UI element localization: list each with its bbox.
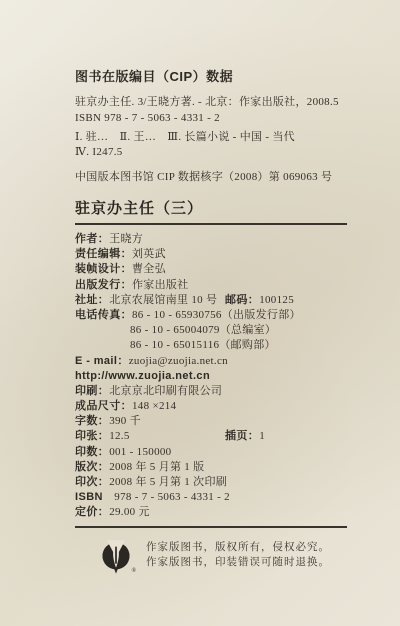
colophon-row-price: 定价：29.00 元 — [75, 505, 347, 520]
colophon-row-phone-2: 86 - 10 - 65004079（总编室） — [75, 323, 347, 338]
colophon-row-phone-3: 86 - 10 - 65015116（邮购部） — [75, 338, 347, 353]
colophon-table: 作者：王晓方 责任编辑：刘英武 装帧设计：曹全弘 出版发行：作家出版社 社址：北… — [75, 232, 347, 521]
field-label: 责任编辑： — [75, 248, 132, 260]
publisher-logo-icon: ® — [99, 538, 133, 578]
field-value: 86 - 10 - 65004079（总编室） — [130, 324, 276, 336]
colophon-row-publisher: 出版发行：作家出版社 — [75, 278, 347, 293]
scanned-copyright-page: 图书在版编目（CIP）数据 驻京办主任. 3/王晓方著. - 北京：作家出版社，… — [0, 0, 400, 626]
colophon-row-editor: 责任编辑：刘英武 — [75, 247, 347, 262]
field-value: 2008 年 5 月第 1 版 — [109, 461, 204, 473]
colophon-row-size: 成品尺寸：148 ×214 — [75, 399, 347, 414]
field-value: 29.00 元 — [109, 506, 150, 518]
postcode-column: 邮码：100125 — [225, 293, 294, 308]
field-value: zuojia@zuojia.net.cn — [129, 355, 228, 367]
colophon-row-edition: 版次：2008 年 5 月第 1 版 — [75, 460, 347, 475]
cip-description-line: 驻京办主任. 3/王晓方著. - 北京：作家出版社，2008.5 — [75, 94, 347, 110]
copyright-note-line: 作家版图书，印装错误可随时退换。 — [146, 555, 330, 570]
field-label: 字数： — [75, 415, 109, 427]
colophon-row-website: http://www.zuojia.net.cn — [75, 369, 347, 384]
field-label: 成品尺寸： — [75, 400, 132, 412]
inserts-column: 插页：1 — [225, 429, 265, 444]
field-label: 插页： — [225, 430, 259, 442]
field-label: 邮码： — [225, 294, 259, 306]
registered-trademark: ® — [131, 568, 136, 574]
colophon-row-email: E - mail：zuojia@zuojia.net.cn — [75, 354, 347, 369]
field-label: 印次： — [75, 476, 109, 488]
colophon-row-printer: 印刷：北京京北印刷有限公司 — [75, 384, 347, 399]
divider — [75, 526, 347, 528]
cip-catalog-line: Ⅰ. 驻… Ⅱ. 王… Ⅲ. 长篇小说 - 中国 - 当代 — [75, 130, 347, 145]
cip-catalog-line: Ⅳ. I247.5 — [75, 145, 347, 160]
field-value: 001 - 150000 — [109, 446, 171, 458]
field-value: 北京农展馆南里 10 号 — [109, 294, 217, 306]
field-value: 王晓方 — [109, 233, 143, 245]
cip-data-header: 图书在版编目（CIP）数据 — [75, 66, 347, 85]
colophon-row-isbn: ISBN 978 - 7 - 5063 - 4331 - 2 — [75, 490, 347, 505]
field-value: 刘英武 — [132, 248, 166, 260]
field-value: 148 ×214 — [132, 400, 176, 412]
field-value: 100125 — [259, 294, 294, 306]
colophon-row-impression: 印次：2008 年 5 月第 1 次印刷 — [75, 475, 347, 490]
field-label: http://www.zuojia.net.cn — [75, 370, 210, 382]
cip-catalog: Ⅰ. 驻… Ⅱ. 王… Ⅲ. 长篇小说 - 中国 - 当代 Ⅳ. I247.5 — [75, 130, 347, 160]
field-label: 印数： — [75, 446, 109, 458]
colophon-row-printrun: 印数：001 - 150000 — [75, 445, 347, 460]
cip-isbn-line: ISBN 978 - 7 - 5063 - 4331 - 2 — [75, 110, 347, 126]
field-value: 86 - 10 - 65015116（邮购部） — [130, 339, 276, 351]
field-value: 作家出版社 — [132, 279, 189, 291]
field-label: 社址： — [75, 294, 109, 306]
field-value: 1 — [259, 430, 265, 442]
colophon-row-author: 作者：王晓方 — [75, 232, 347, 247]
field-label: 作者： — [75, 233, 109, 245]
field-label: 电话传真： — [75, 309, 132, 321]
footer-notice: ® 作家版图书，版权所有，侵权必究。 作家版图书，印装错误可随时退换。 — [75, 538, 347, 578]
field-value: 86 - 10 - 65930756（出版发行部） — [132, 309, 301, 321]
field-label: 印刷： — [75, 385, 109, 397]
field-value: 978 - 7 - 5063 - 4331 - 2 — [114, 491, 230, 503]
colophon-row-sheets: 印张：12.5插页：1 — [75, 429, 347, 444]
field-label: 装帧设计： — [75, 263, 132, 275]
book-title: 驻京办主任（三） — [75, 197, 347, 225]
field-label: 印张： — [75, 430, 109, 442]
field-label: ISBN — [75, 491, 114, 503]
copyright-note-line: 作家版图书，版权所有，侵权必究。 — [146, 540, 330, 555]
copyright-notes: 作家版图书，版权所有，侵权必究。 作家版图书，印装错误可随时退换。 — [146, 538, 330, 578]
cip-record-number: 中国版本图书馆 CIP 数据核字（2008）第 069063 号 — [75, 168, 347, 184]
field-label: 版次： — [75, 461, 109, 473]
field-value: 北京京北印刷有限公司 — [109, 385, 222, 397]
field-label: 出版发行： — [75, 279, 132, 291]
page-content: 图书在版编目（CIP）数据 驻京办主任. 3/王晓方著. - 北京：作家出版社，… — [75, 66, 347, 578]
field-value: 12.5 — [109, 430, 129, 442]
colophon-row-designer: 装帧设计：曹全弘 — [75, 262, 347, 277]
field-value: 2008 年 5 月第 1 次印刷 — [109, 476, 227, 488]
field-value: 曹全弘 — [132, 263, 166, 275]
colophon-row-address: 社址：北京农展馆南里 10 号邮码：100125 — [75, 293, 347, 308]
field-value: 390 千 — [109, 415, 141, 427]
colophon-row-wordcount: 字数：390 千 — [75, 414, 347, 429]
field-label: 定价： — [75, 506, 109, 518]
cip-description: 驻京办主任. 3/王晓方著. - 北京：作家出版社，2008.5 ISBN 97… — [75, 94, 347, 126]
field-label: E - mail： — [75, 355, 129, 367]
colophon-row-phone-1: 电话传真：86 - 10 - 65930756（出版发行部） — [75, 308, 347, 323]
